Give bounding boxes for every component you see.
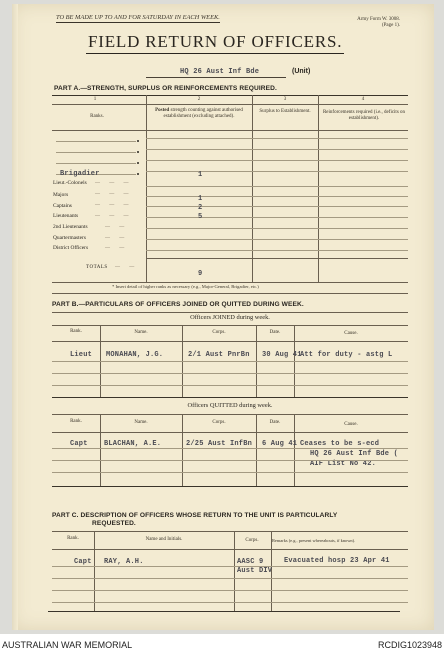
divider (52, 432, 408, 433)
row-line (146, 217, 408, 218)
posted-value-lieutenants: 5 (198, 213, 202, 221)
row-line (56, 141, 136, 142)
divider (52, 549, 408, 550)
joined-col-rank: Rank. (52, 329, 100, 335)
joined-title: Officers JOINED during week. (52, 314, 408, 321)
row-line (146, 239, 408, 240)
page-title: FIELD RETURN OF OFFICERS. (86, 32, 344, 54)
row-line (146, 149, 408, 150)
row-line (52, 448, 408, 449)
col-divider (94, 531, 95, 611)
row-line (146, 228, 408, 229)
divider (48, 611, 400, 612)
col-number-2: 2 (146, 97, 252, 103)
quitted-col-corps: Corps. (182, 420, 256, 426)
row-line (146, 186, 408, 187)
row-line (146, 196, 408, 197)
joined-corps: 2/1 Aust PnrBn (188, 351, 250, 359)
divider (52, 312, 408, 313)
leader-dashes: — — — (95, 192, 133, 197)
totals-value: 9 (198, 270, 202, 278)
submission-instruction: TO BE MADE UP TO AND FOR SATURDAY IN EAC… (56, 14, 220, 23)
quitted-cause-line-1: Ceases to be s-ecd (300, 440, 379, 448)
divider (52, 397, 408, 398)
quitted-name: BLACHAN, A.E. (104, 440, 161, 448)
rank-lieut-colonels: Lieut.-Colonels (53, 180, 87, 186)
leader-dashes: — — — (95, 181, 133, 186)
row-line (146, 138, 408, 139)
col-header-ranks: Ranks. (52, 114, 142, 120)
row-line (146, 258, 408, 259)
asterisk-marker (137, 162, 139, 164)
col-number-3: 3 (252, 97, 318, 103)
rank-majors: Majors (53, 192, 68, 198)
unit-value: HQ 26 Aust Inf Bde (180, 68, 259, 76)
row-line (52, 472, 408, 473)
quitted-cause-line-2: HQ 26 Aust Inf Bde ( (310, 450, 398, 458)
divider (52, 282, 408, 283)
leader-dashes: — — (115, 265, 138, 270)
quitted-col-name: Name. (100, 420, 182, 426)
row-line (52, 578, 408, 579)
asterisk-marker (137, 151, 139, 153)
leader-dashes: — — (105, 246, 128, 251)
col-divider (294, 414, 295, 486)
quitted-cause-line-3: AIF List No 42. (310, 460, 376, 468)
posted-rest: strength counting against authorised est… (164, 108, 243, 119)
row-line (52, 602, 408, 603)
posted-bold: Posted (155, 108, 169, 113)
rank-2nd-lieutenants: 2nd Lieutenants (53, 224, 88, 230)
col-divider (146, 95, 147, 282)
part-c-remarks: Evacuated hosp 23 Apr 41 (284, 557, 390, 565)
part-c-col-name: Name and Initials. (94, 537, 234, 543)
part-c-col-remarks: Remarks (e.g., present whereabouts, if k… (272, 538, 408, 544)
rank-typed-brigadier: Brigadier (60, 170, 100, 178)
col-divider (100, 414, 101, 486)
leader-dashes: — — — (95, 214, 133, 219)
col-header-posted: Posted strength counting against authori… (148, 108, 250, 119)
row-line (146, 171, 408, 172)
part-c-heading-line-2: REQUESTED. (92, 520, 136, 527)
joined-col-cause: Cause. (294, 331, 408, 337)
quitted-col-cause: Cause. (294, 422, 408, 428)
part-c-rank: Capt (74, 558, 92, 566)
row-line (146, 250, 408, 251)
col-divider (252, 95, 253, 282)
part-a-footnote: * Insert detail of higher ranks as neces… (112, 284, 259, 289)
divider (52, 95, 408, 96)
unit-label: (Unit) (292, 68, 310, 75)
quitted-col-rank: Rank. (52, 419, 100, 425)
col-divider (256, 414, 257, 486)
row-line (56, 152, 136, 153)
posted-value-captains: 2 (198, 204, 202, 212)
row-line (52, 590, 408, 591)
joined-date: 30 Aug 41 (262, 351, 302, 359)
rank-captains: Captains (53, 203, 72, 209)
part-a-heading: PART A.—STRENGTH, SURPLUS OR REINFORCEME… (54, 85, 277, 92)
divider (52, 104, 408, 105)
joined-name: MONAHAN, J.G. (106, 351, 163, 359)
part-c-heading-line-1: PART C. DESCRIPTION OF OFFICERS WHOSE RE… (52, 512, 337, 519)
col-number-4: 4 (318, 97, 408, 103)
divider (52, 414, 408, 415)
quitted-rank: Capt (70, 440, 88, 448)
row-line (146, 206, 408, 207)
rank-quartermasters: Quartermasters (53, 235, 86, 241)
footer-id: RCDIG1023948 (378, 640, 442, 650)
part-b-heading: PART B.—PARTICULARS OF OFFICERS JOINED O… (52, 301, 304, 308)
leader-dashes: — — (105, 236, 128, 241)
quitted-col-date: Date. (256, 420, 294, 426)
row-line (52, 361, 408, 362)
asterisk-marker (137, 140, 139, 142)
row-line (52, 566, 408, 567)
col-header-surplus: Surplus to Establishment. (256, 109, 314, 115)
row-line (146, 160, 408, 161)
quitted-title: Officers QUITTED during week. (52, 402, 408, 409)
divider (52, 293, 408, 294)
asterisk-marker (137, 173, 139, 175)
part-c-col-corps: Corps. (234, 538, 270, 544)
col-divider (234, 531, 235, 611)
part-c-col-rank: Rank. (52, 536, 94, 542)
col-divider (318, 95, 319, 282)
divider (52, 325, 408, 326)
joined-col-corps: Corps. (182, 330, 256, 336)
row-line (52, 460, 408, 461)
paper-edge (12, 4, 18, 630)
part-c-name: RAY, A.H. (104, 558, 144, 566)
row-line (52, 385, 408, 386)
quitted-corps: 2/25 Aust InfBn (186, 440, 252, 448)
form-number: Army Form W. 3008. (Page 1). (344, 17, 400, 28)
col-number-1: 1 (52, 97, 138, 103)
joined-cause: Att for duty - astg L (300, 351, 392, 359)
leader-dashes: — — (105, 225, 128, 230)
joined-col-date: Date. (256, 330, 294, 336)
form-page-text: (Page 1). (344, 23, 400, 29)
divider (52, 486, 408, 487)
divider (52, 531, 408, 532)
divider (52, 341, 408, 342)
totals-label: TOTALS (86, 265, 108, 270)
footer-source: AUSTRALIAN WAR MEMORIAL (2, 640, 132, 650)
posted-value-majors: 1 (198, 195, 202, 203)
row-line (52, 373, 408, 374)
quitted-date: 6 Aug 41 (262, 440, 297, 448)
row-line (56, 163, 136, 164)
posted-value-brigadier: 1 (198, 171, 202, 179)
leader-dashes: — — — (95, 203, 133, 208)
rank-district-officers: District Officers (53, 245, 88, 251)
part-c-corps-line-1: AASC 9 (237, 558, 263, 566)
divider (52, 130, 408, 131)
joined-rank: Lieut (70, 351, 92, 359)
part-c-corps-line-2: Aust DIV (237, 567, 272, 575)
rank-lieutenants: Lieutenants (53, 213, 78, 219)
col-divider (182, 414, 183, 486)
col-header-reinforcements: Reinforcements required (i.e., deficits … (320, 110, 408, 121)
joined-col-name: Name. (100, 330, 182, 336)
